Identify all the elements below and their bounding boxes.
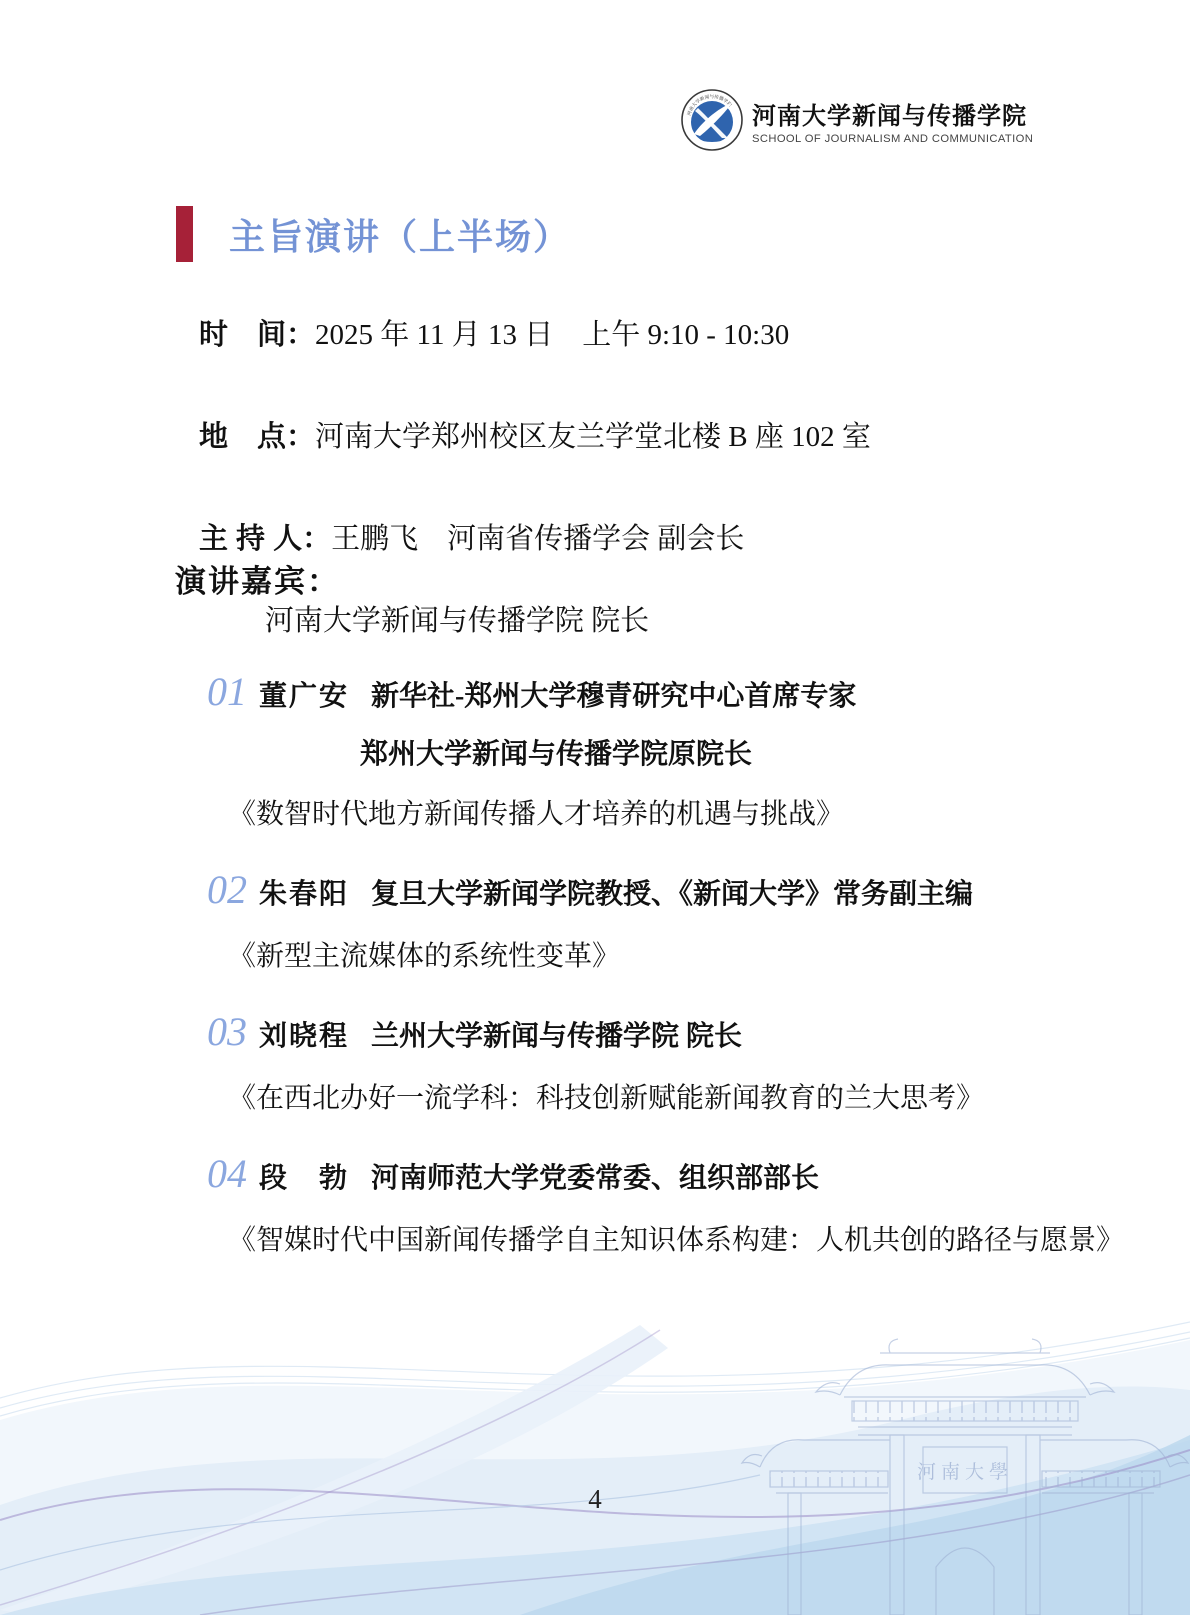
venue-label: 地 点： xyxy=(199,421,315,453)
speaker-affiliation: 河南师范大学党委常委、组织部部长 xyxy=(371,1156,819,1196)
speaker-affiliation-2: 郑州大学新闻与传播学院原院长 xyxy=(360,732,1127,772)
speaker-name: 刘晓程 xyxy=(259,1014,349,1054)
host-value-line2: 河南大学新闻与传播学院 院长 xyxy=(265,598,1055,639)
speaker-affiliation: 新华社-郑州大学穆青研究中心首席专家 xyxy=(371,674,856,714)
speaker-number: 02 xyxy=(207,866,259,913)
session-info: 时 间：2025 年 11 月 13 日 上午 9:10 - 10:30 地 点… xyxy=(175,294,1055,700)
speaker-row: 01 董广安 新华社-郑州大学穆青研究中心首席专家 xyxy=(207,668,1127,716)
talk-title: 《数智时代地方新闻传播人才培养的机遇与挑战》 xyxy=(228,792,1127,832)
speaker-number: 04 xyxy=(207,1150,259,1197)
talk-title: 《智媒时代中国新闻传播学自主知识体系构建：人机共创的路径与愿景》 xyxy=(228,1218,1127,1258)
document-page: 河南大学新闻与传播学院 河南大学新闻与传播学院 SCHOOL OF JOURNA… xyxy=(0,0,1190,1615)
info-row-venue: 地 点：河南大学郑州校区友兰学堂北楼 B 座 102 室 xyxy=(175,396,1055,473)
speaker-name: 董广安 xyxy=(259,674,349,714)
speaker-name: 段 勃 xyxy=(259,1156,349,1196)
school-name-en: SCHOOL OF JOURNALISM AND COMMUNICATION xyxy=(752,133,1033,145)
school-header: 河南大学新闻与传播学院 河南大学新闻与传播学院 SCHOOL OF JOURNA… xyxy=(680,88,1033,152)
accent-bar xyxy=(176,206,193,262)
speaker-number: 01 xyxy=(207,668,259,715)
time-value: 2025 年 11 月 13 日 上午 9:10 - 10:30 xyxy=(315,319,789,351)
talk-title: 《在西北办好一流学科：科技创新赋能新闻教育的兰大思考》 xyxy=(228,1076,1127,1116)
talk-title: 《新型主流媒体的系统性变革》 xyxy=(228,934,1127,974)
time-label: 时 间： xyxy=(199,319,315,351)
school-name-cn: 河南大学新闻与传播学院 xyxy=(752,96,1033,131)
info-row-time: 时 间：2025 年 11 月 13 日 上午 9:10 - 10:30 xyxy=(175,294,1055,371)
host-label: 主 持 人： xyxy=(199,523,331,555)
venue-value: 河南大学郑州校区友兰学堂北楼 B 座 102 室 xyxy=(315,421,871,453)
host-value-line1: 王鹏飞 河南省传播学会 副会长 xyxy=(331,523,744,555)
list-item: 02 朱春阳 复旦大学新闻学院教授、《新闻大学》常务副主编 《新型主流媒体的系统… xyxy=(207,866,1127,974)
speaker-affiliation: 兰州大学新闻与传播学院 院长 xyxy=(371,1014,742,1054)
page-number: 4 xyxy=(0,1484,1190,1515)
section-title: 主旨演讲（上半场） xyxy=(229,209,571,260)
speaker-number: 03 xyxy=(207,1008,259,1055)
list-item: 03 刘晓程 兰州大学新闻与传播学院 院长 《在西北办好一流学科：科技创新赋能新… xyxy=(207,1008,1127,1116)
speaker-name: 朱春阳 xyxy=(259,872,349,912)
speaker-affiliation: 复旦大学新闻学院教授、《新闻大学》常务副主编 xyxy=(371,872,973,912)
speaker-row: 04 段 勃 河南师范大学党委常委、组织部部长 xyxy=(207,1150,1127,1198)
speaker-row: 03 刘晓程 兰州大学新闻与传播学院 院长 xyxy=(207,1008,1127,1056)
school-name-block: 河南大学新闻与传播学院 SCHOOL OF JOURNALISM AND COM… xyxy=(752,96,1033,145)
speaker-list: 01 董广安 新华社-郑州大学穆青研究中心首席专家 郑州大学新闻与传播学院原院长… xyxy=(207,668,1127,1292)
school-logo-icon: 河南大学新闻与传播学院 xyxy=(680,88,744,152)
speaker-row: 02 朱春阳 复旦大学新闻学院教授、《新闻大学》常务副主编 xyxy=(207,866,1127,914)
list-item: 04 段 勃 河南师范大学党委常委、组织部部长 《智媒时代中国新闻传播学自主知识… xyxy=(207,1150,1127,1258)
guests-heading: 演讲嘉宾： xyxy=(175,556,340,601)
list-item: 01 董广安 新华社-郑州大学穆青研究中心首席专家 郑州大学新闻与传播学院原院长… xyxy=(207,668,1127,832)
section-header: 主旨演讲（上半场） xyxy=(176,206,571,262)
